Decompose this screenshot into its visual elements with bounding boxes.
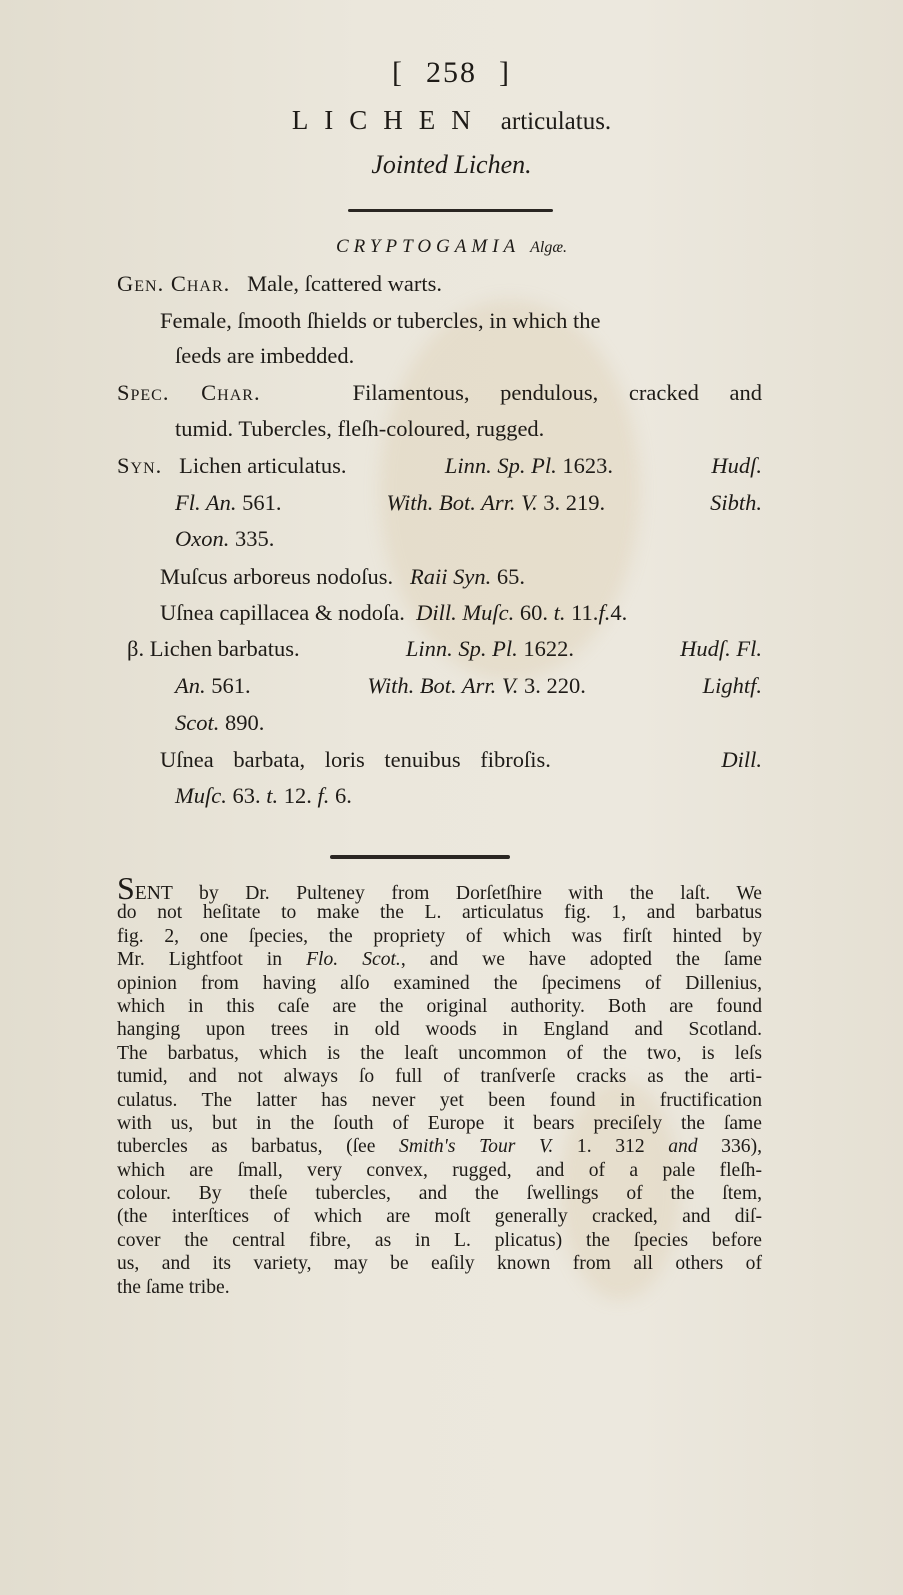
- synonym-line: Fl. An. 561. With. Bot. Arr. V. 3. 219. …: [175, 492, 762, 515]
- synonym-name: Uſnea barbata, loris tenuibus fibroſis.: [160, 749, 551, 772]
- gen-char-line: Gen. Char. Male, ſcattered warts.: [117, 273, 442, 296]
- citation-number: 1623.: [562, 453, 613, 478]
- citation-number: 4.: [610, 600, 627, 625]
- gen-char-text: Male, ſcattered warts.: [247, 271, 442, 296]
- variety-line: β. Lichen barbatus. Linn. Sp. Pl. 1622. …: [127, 638, 762, 661]
- variety-line: Muſc. 63. t. 12. f. 6.: [175, 785, 352, 808]
- citation-number: 335.: [235, 526, 274, 551]
- variety-line: Uſnea barbata, loris tenuibus fibroſis. …: [160, 749, 762, 772]
- page-number: [258]: [0, 56, 903, 90]
- bracket-open: [: [392, 56, 404, 90]
- paragraph-line: cover the central fibre, as in L. plicat…: [117, 1229, 762, 1252]
- citation: Linn. Sp. Pl.: [406, 636, 518, 661]
- citation: f.: [598, 600, 610, 625]
- line-text: 336),: [698, 1136, 762, 1157]
- synonym-name: Uſnea capillacea & nodoſa.: [160, 600, 405, 625]
- species-name: articulatus.: [501, 108, 611, 135]
- citation-number: 60.: [520, 600, 548, 625]
- paragraph-line: culatus. The latter has never yet been f…: [117, 1089, 762, 1112]
- citation: An.: [175, 673, 206, 698]
- genus-name: LICHEN: [292, 105, 487, 135]
- paragraph-line: us, and its variety, may be eaſily known…: [117, 1252, 762, 1275]
- citation-number: 1622.: [523, 636, 574, 661]
- citation: Oxon.: [175, 526, 229, 551]
- citation-number: 11.: [571, 600, 598, 625]
- citation-number: 6.: [335, 783, 352, 808]
- variety-line: An. 561. With. Bot. Arr. V. 3. 220. Ligh…: [175, 675, 762, 698]
- citation: Dill.: [721, 749, 762, 772]
- synonym-line: Uſnea capillacea & nodoſa. Dill. Muſc. 6…: [160, 602, 627, 625]
- citation: Sibth.: [710, 492, 762, 515]
- citation: and: [668, 1136, 697, 1157]
- citation-number: 890.: [225, 710, 264, 735]
- divider-rule: [330, 855, 510, 859]
- citation-number: 65.: [497, 564, 525, 589]
- description-paragraph: SENT by Dr. Pulteney from Dorſetſhire wi…: [117, 878, 762, 1299]
- citation: With. Bot. Arr. V.: [367, 673, 518, 698]
- line-text: Mr. Lightfoot in: [117, 949, 306, 970]
- citation-number: 3. 220.: [524, 673, 586, 698]
- spec-char-text: Filamentous, pendulous, cracked and: [353, 380, 762, 405]
- line-text: , and we have adopted the ſame: [401, 949, 762, 970]
- line-text: tubercles as barbatus, (ſee: [117, 1136, 399, 1157]
- paragraph-line: fig. 2, one ſpecies, the propriety of wh…: [117, 925, 762, 948]
- citation: Muſc.: [175, 783, 227, 808]
- gen-char-line: ſeeds are imbedded.: [175, 345, 354, 368]
- paragraph-line: SENT by Dr. Pulteney from Dorſetſhire wi…: [117, 878, 762, 901]
- synonym-name: Muſcus arboreus nodoſus.: [160, 564, 393, 589]
- paragraph-line: the ſame tribe.: [117, 1276, 762, 1299]
- citation: Hudſ. Fl.: [680, 638, 762, 661]
- species-title: LICHENarticulatus.: [0, 105, 903, 136]
- citation: Raii Syn.: [410, 564, 491, 589]
- variety-line: Scot. 890.: [175, 712, 264, 735]
- synonym-line: Syn. Lichen articulatus. Linn. Sp. Pl. 1…: [117, 455, 762, 478]
- paragraph-line: (the interſtices of which are moſt gener…: [117, 1205, 762, 1228]
- citation-number: 12.: [284, 783, 312, 808]
- gen-char-line: Female, ſmooth ſhields or tubercles, in …: [160, 310, 601, 333]
- classification-line: CRYPTOGAMIAAlgæ.: [0, 236, 903, 258]
- variety-marker: β.: [127, 636, 144, 661]
- citation: t.: [266, 783, 278, 808]
- spec-char-line: tumid. Tubercles, fleſh-coloured, rugged…: [175, 418, 544, 441]
- spec-char-line: Spec. Char. Filamentous, pendulous, crac…: [117, 382, 762, 405]
- spec-char-label: Spec. Char.: [117, 380, 261, 405]
- citation: t.: [554, 600, 566, 625]
- paragraph-line: Mr. Lightfoot in Flo. Scot., and we have…: [117, 948, 762, 971]
- paragraph-line: do not heſitate to make the L. articulat…: [117, 901, 762, 924]
- citation: Flo. Scot.: [306, 949, 401, 970]
- paragraph-line: hanging upon trees in old woods in Engla…: [117, 1018, 762, 1041]
- book-page: [258] LICHENarticulatus. Jointed Lichen.…: [0, 0, 903, 1595]
- paragraph-line: which are ſmall, very convex, rugged, an…: [117, 1159, 762, 1182]
- citation: Linn. Sp. Pl.: [445, 453, 557, 478]
- citation: Smith's Tour V.: [399, 1136, 553, 1157]
- paragraph-line: The barbatus, which is the leaſt uncommo…: [117, 1042, 762, 1065]
- paragraph-line: tubercles as barbatus, (ſee Smith's Tour…: [117, 1135, 762, 1158]
- citation-number: 561.: [211, 673, 250, 698]
- synonym-line: Muſcus arboreus nodoſus. Raii Syn. 65.: [160, 566, 525, 589]
- page-number-value: 258: [426, 56, 477, 89]
- paragraph-line: tumid, and not always ſo full of tranſve…: [117, 1065, 762, 1088]
- common-name: Jointed Lichen.: [0, 150, 903, 180]
- citation: Lightf.: [703, 675, 762, 698]
- citation-number: 1. 312: [553, 1136, 668, 1157]
- citation: f.: [318, 783, 330, 808]
- citation: Fl. An.: [175, 490, 236, 515]
- synonym-line: Oxon. 335.: [175, 528, 274, 551]
- citation: Hudſ.: [711, 455, 762, 478]
- citation: Dill. Muſc.: [416, 600, 514, 625]
- citation-number: 63.: [232, 783, 260, 808]
- paragraph-line: opinion from having alſo examined the ſp…: [117, 972, 762, 995]
- bracket-close: ]: [499, 56, 511, 90]
- order-name: Algæ.: [530, 239, 567, 256]
- synonym-name: Lichen articulatus.: [179, 453, 346, 478]
- paragraph-line: which in this caſe are the original auth…: [117, 995, 762, 1018]
- citation: With. Bot. Arr. V.: [387, 490, 538, 515]
- paragraph-line: colour. By theſe tubercles, and the ſwel…: [117, 1182, 762, 1205]
- divider-rule: [348, 209, 553, 212]
- paragraph-line: with us, but in the ſouth of Europe it b…: [117, 1112, 762, 1135]
- citation-number: 3. 219.: [543, 490, 605, 515]
- gen-char-label: Gen. Char.: [117, 271, 230, 296]
- citation-number: 561.: [242, 490, 281, 515]
- syn-label: Syn.: [117, 453, 162, 478]
- citation: Scot.: [175, 710, 219, 735]
- synonym-name: Lichen barbatus.: [150, 636, 300, 661]
- class-name: CRYPTOGAMIA: [336, 236, 520, 257]
